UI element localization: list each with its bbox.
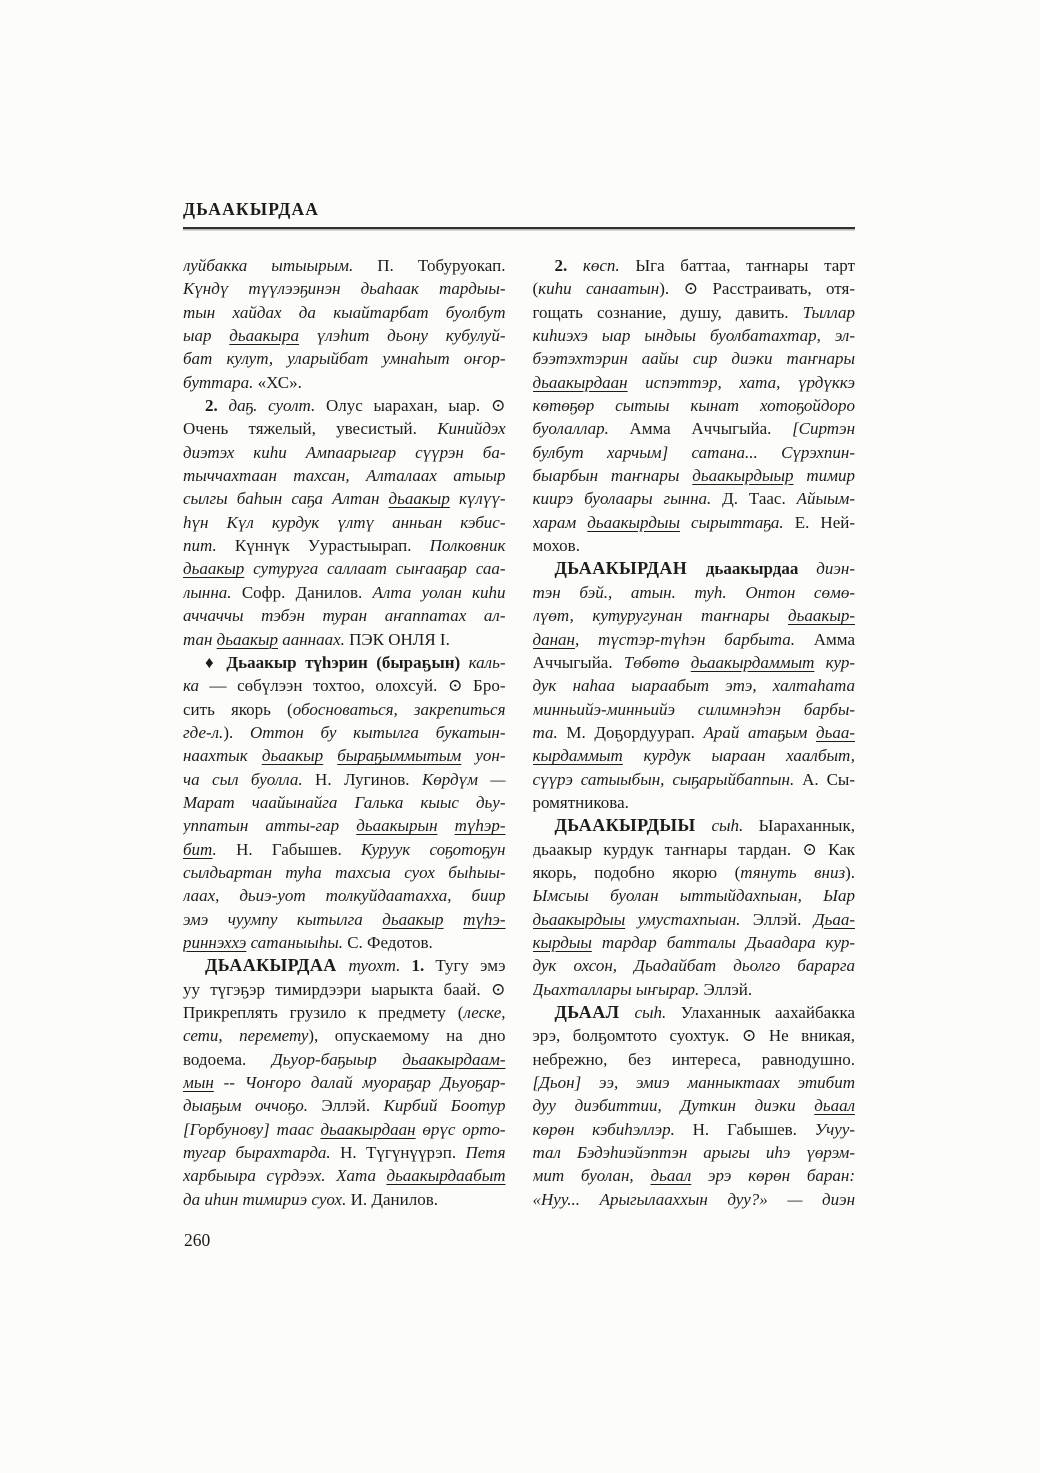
text-line: сылдьартан туһа тахсыа суох быһыы-	[183, 861, 506, 884]
headword: ДЬААЛ	[555, 1002, 635, 1022]
text-segment: «ХС».	[258, 373, 302, 392]
text-line: луйбакка ытыырым. П. Тобуруокап.	[183, 254, 506, 277]
text-segment: умустахпыан.	[625, 910, 753, 929]
paragraph: ДЬААЛ сыһ. Улаханнык аахайбаккаэрэ, болҕ…	[533, 1001, 856, 1211]
left-column: луйбакка ытыырым. П. Тобуруокап.Күндү тү…	[183, 254, 506, 1211]
text-segment: дьаакыр	[262, 746, 323, 765]
text-line: аччаччы тэбэн туран аҥаппатах ал-	[183, 604, 506, 627]
text-line: тыччахтаан тахсан, Алталаах атыыр	[183, 464, 506, 487]
text-line: кырдаммыт курдук ыараан хаалбыт,	[533, 744, 856, 767]
text-segment	[323, 746, 337, 765]
text-line: тын хайдах да кыайтарбат буолбут	[183, 301, 506, 324]
text-line: Аччыгыйа. Төбөтө дьаакырдаммыт кур-	[533, 651, 856, 674]
text-segment: Эллэй.	[703, 980, 752, 999]
text-line: ДЬААКЫРДЫЫ сыһ. Ыараханнык,	[533, 814, 856, 837]
text-line: сети, перемету), опускаемому на дно	[183, 1024, 506, 1047]
text-segment: Аччыгыйа.	[533, 653, 624, 672]
text-line: лаах, дьиэ-уот толкуйдаатахха, биир	[183, 884, 506, 907]
paragraph: 2. көсп. Ыга баттаа, таҥнары тарт(киһи с…	[533, 254, 856, 557]
text-segment: Улаханнык аахайбакка	[681, 1003, 855, 1022]
text-segment: дьаакырдыыр	[692, 466, 793, 485]
paragraph: ДЬААКЫРДАА туохт. 1. Тугу эмэуу түгэҕэр …	[183, 954, 506, 1211]
text-segment: уон-	[461, 746, 505, 765]
text-segment: көсп.	[583, 256, 635, 275]
text-segment: ).	[659, 279, 683, 298]
text-line: булбут харчым] сатана... Сүрэхпин-	[533, 441, 856, 464]
translation-marker-icon: ⊙	[802, 839, 817, 859]
text-segment: сыһ.	[635, 1003, 681, 1022]
text-segment: тимир	[794, 466, 856, 485]
text-segment: Н. Түгүнүүрэп.	[340, 1143, 465, 1162]
text-segment: тянуть вниз	[740, 863, 845, 882]
text-line: дук наһаа ыараабыт этэ, халтаһата	[533, 674, 856, 697]
text-segment: Дьаакыр түһэрин (быраҕын)	[226, 653, 468, 672]
text-segment: дьаакыр	[389, 489, 450, 508]
text-segment: .	[213, 840, 237, 859]
text-segment: Н. Лугинов.	[315, 770, 422, 789]
text-segment: якорь, подобно якорю (	[533, 863, 741, 882]
text-segment: луйбакка ытыырым.	[183, 256, 377, 275]
text-segment: наахтык	[183, 746, 262, 765]
text-segment: Амма Аччыгыйа.	[629, 419, 792, 438]
text-segment: Расстраивать, отя-	[698, 279, 855, 298]
text-segment	[444, 910, 464, 929]
text-segment: Күндү түүлээҕинэн дьаһаак тардыы-	[183, 279, 506, 298]
text-segment: дьаакырдаам-	[402, 1050, 505, 1069]
text-segment: дьаакырын	[356, 816, 437, 835]
text-line: пит. Күннүк Уурастыырап. Полковник	[183, 534, 506, 557]
text-segment: — сөбүлээн тохтоо, олохсуй.	[199, 676, 448, 695]
text-segment: сутуруга саллаат сыҥааҕар саа-	[244, 559, 505, 578]
text-segment: мын	[183, 1073, 214, 1092]
text-segment: туохт.	[349, 956, 412, 975]
text-line: харам дьаакырдыы сырыттаҕа. Е. Ней-	[533, 511, 856, 534]
text-line: буттара. «ХС».	[183, 371, 506, 394]
text-line: ча сыл буолла. Н. Лугинов. Көрдүм —	[183, 768, 506, 791]
text-segment: , түстэр-түһэн барбыта.	[575, 630, 814, 649]
text-segment: ча сыл буолла.	[183, 770, 315, 789]
text-line: дуу диэбиттии, Дуткин диэки дьаал	[533, 1094, 856, 1117]
text-segment: киһи санаатын	[538, 279, 659, 298]
text-segment: небрежно, без интереса, равнодушно.	[533, 1050, 856, 1069]
text-segment: гощать сознание, душу, давить.	[533, 303, 803, 322]
text-segment: ыар	[183, 326, 229, 345]
text-segment: Софр. Данилов.	[242, 583, 373, 602]
text-segment: көтөҕөр сытыы кынат хотоҕойдоро	[533, 396, 856, 415]
text-segment: ааннаах.	[278, 630, 349, 649]
text-segment: дьаакырдаан	[320, 1120, 415, 1139]
text-segment: Ыараханнык,	[759, 816, 855, 835]
text-segment	[438, 816, 455, 835]
paragraph: ДЬААКЫРДАН дьаакырдаа диэн-тэн бэй., аты…	[533, 557, 856, 814]
text-segment: дьаакыр-	[788, 606, 855, 625]
text-segment: быраҕыммытым	[337, 746, 461, 765]
text-segment: дьаа-	[816, 723, 855, 742]
text-segment: кырдыы	[533, 933, 592, 952]
text-segment: тардар батталы Дьаадара кур-	[592, 933, 855, 952]
idiom-marker-icon: ♦	[205, 653, 226, 672]
text-line: гощать сознание, душу, давить. Тыллар	[533, 301, 856, 324]
text-segment: испэттэр, хата, үрдүккэ	[628, 373, 855, 392]
text-line: сүүрэ сатыыбын, сыҕарыйбаппын. А. Сы-	[533, 768, 856, 791]
text-line: ДЬААКЫРДАН дьаакырдаа диэн-	[533, 557, 856, 580]
text-segment: водоема.	[183, 1050, 272, 1069]
text-line: Прикреплять грузило к предмету (леске,	[183, 1001, 506, 1024]
text-line: минньийэ-минньийэ силимнэһэн барбы-	[533, 698, 856, 721]
text-line: дьаакырдыы умустахпыан. Эллэй. Дьаа-	[533, 908, 856, 931]
text-line: бээтэхтэрин аайы сир диэки таҥнары	[533, 347, 856, 370]
text-segment: көрөн кэбиһэллэр.	[533, 1120, 693, 1139]
text-segment: минньийэ-минньийэ силимнэһэн барбы-	[533, 700, 856, 719]
text-segment: 2.	[205, 396, 228, 415]
text-line: харбыыра сүрдээх. Хата дьаакырдаабыт	[183, 1164, 506, 1187]
text-segment: Тыллар	[803, 303, 855, 322]
text-segment: Учуу-	[815, 1120, 855, 1139]
text-segment: бат кулут, уларыйбат умнаһыт оҥор-	[183, 349, 506, 368]
text-segment: тал Бэдэһиэйэптэн арыгы иһэ үөрэм-	[533, 1143, 856, 1162]
text-segment: тугар бырахтарда.	[183, 1143, 340, 1162]
text-line: водоема. Дьуор-баҕыыр дьаакырдаам-	[183, 1048, 506, 1071]
text-segment: бээтэхтэрин аайы сир диэки таҥнары	[533, 349, 856, 368]
text-segment: данан	[533, 630, 575, 649]
text-segment: Дьуор-баҕыыр	[272, 1050, 402, 1069]
text-segment: түһэ-	[463, 910, 505, 929]
text-line: мит буолан, дьаал эрэ көрөн баран:	[533, 1164, 856, 1187]
text-line: сить якорь (обосноваться, закрепиться	[183, 698, 506, 721]
text-segment: П. Тобуруокап.	[377, 256, 505, 275]
text-segment: кур-	[814, 653, 855, 672]
text-segment: Оттон бу кытылга букатын-	[250, 723, 506, 742]
text-segment: күлүү-	[450, 489, 506, 508]
text-line: 2. даҕ. суолт. Олус ыарахан, ыар. ⊙	[183, 394, 506, 417]
text-segment: сыһ.	[712, 816, 759, 835]
text-segment: Олус ыарахан, ыар.	[326, 396, 491, 415]
text-line: көтөҕөр сытыы кынат хотоҕойдоро	[533, 394, 856, 417]
text-segment: сылгы баһын саҕа Алтан	[183, 489, 389, 508]
text-segment: түһэр-	[455, 816, 506, 835]
text-segment: Не вникая,	[756, 1026, 855, 1045]
text-segment: дьаал	[814, 1096, 855, 1115]
text-segment: тан	[183, 630, 217, 649]
text-segment: Марат чаайынайга Галька кыыс дьу-	[183, 793, 506, 812]
text-line: тал Бэдэһиэйэптэн арыгы иһэ үөрэм-	[533, 1141, 856, 1164]
text-segment: И. Данилов.	[351, 1190, 438, 1209]
text-segment: ).	[223, 723, 250, 742]
text-segment: ), опускаемому на дно	[308, 1026, 505, 1045]
text-line: диэтэх киһи Ампаарыгар сүүрэн ба-	[183, 441, 506, 464]
text-line: дьаакыр сутуруга саллаат сыҥааҕар саа-	[183, 557, 506, 580]
text-line: дьаакырдаан испэттэр, хата, үрдүккэ	[533, 371, 856, 394]
text-segment: буолаллар.	[533, 419, 630, 438]
text-line: [Дьон] ээ, эмиэ манныктаах этибит	[533, 1071, 856, 1094]
text-segment: тэн бэй., атын. туһ. Онтон сөмө-	[533, 583, 856, 602]
text-segment: М. Доҕордуурап.	[566, 723, 703, 742]
text-segment: [Горбунову] таас	[183, 1120, 320, 1139]
text-segment: дьаакырдаабыт	[386, 1166, 505, 1185]
text-line: [Горбунову] таас дьаакырдаан өрүс орто-	[183, 1118, 506, 1141]
text-segment: булбут харчым] сатана... Сүрэхпин-	[533, 443, 856, 462]
text-segment: пит.	[183, 536, 235, 555]
text-segment: Очень тяжелый, увесистый.	[183, 419, 437, 438]
text-segment: дьаакыра	[229, 326, 299, 345]
headword: ДЬААКЫРДАА	[205, 955, 349, 975]
text-line: Марат чаайынайга Галька кыыс дьу-	[183, 791, 506, 814]
text-line: эмэ чуумпу кытылга дьаакыр түһэ-	[183, 908, 506, 931]
text-segment: дук охсон, Дьадайбат дьолго барарга	[533, 956, 856, 975]
text-segment: Көрдүм —	[422, 770, 506, 789]
text-segment: дьаакырдаммыт	[691, 653, 815, 672]
text-line: Дьахталлары ыҥырар. Эллэй.	[533, 978, 856, 1001]
text-segment: сатаныыһы.	[246, 933, 347, 952]
text-line: тан дьаакыр ааннаах. ПЭК ОНЛЯ I.	[183, 628, 506, 651]
text-segment: Алта уолан киһи	[373, 583, 506, 602]
text-line: Ымсыы буолан ыттыйдахпыан, Ыар	[533, 884, 856, 907]
text-segment: Полковник	[430, 536, 506, 555]
text-segment: где-л.	[183, 723, 223, 742]
text-segment: Төбөтө	[624, 653, 691, 672]
text-segment: мит буолан,	[533, 1166, 651, 1185]
headword: ДЬААКЫРДЫЫ	[555, 815, 712, 835]
text-line: ромятникова.	[533, 791, 856, 814]
text-segment: һүн Күл курдук үлтү анньан кэбис-	[183, 513, 506, 532]
text-segment: харам	[533, 513, 588, 532]
text-segment: С. Федотов.	[347, 933, 433, 952]
text-segment: Арай атаҕым	[703, 723, 816, 742]
text-segment: Эллэй.	[321, 1096, 383, 1115]
text-line: наахтык дьаакыр быраҕыммытым уон-	[183, 744, 506, 767]
text-segment: диэн-	[816, 559, 855, 578]
text-segment: леске,	[463, 1003, 505, 1022]
text-line: эрэ, болҕомтото суохтук. ⊙ Не вникая,	[533, 1024, 856, 1047]
text-segment: дьаакыр	[217, 630, 278, 649]
running-head: ДЬААКЫРДАА	[183, 199, 855, 219]
text-segment: сүүрэ сатыыбын, сыҕарыйбаппын.	[533, 770, 803, 789]
text-segment: курдук ыараан хаалбыт,	[623, 746, 855, 765]
paragraph: луйбакка ытыырым. П. Тобуруокап.Күндү тү…	[183, 254, 506, 394]
text-segment: сети, перемету	[183, 1026, 308, 1045]
text-segment: эмэ чуумпу кытылга	[183, 910, 382, 929]
text-line: сылгы баһын саҕа Алтан дьаакыр күлүү-	[183, 487, 506, 510]
text-line: риннэххэ сатаныыһы. С. Федотов.	[183, 931, 506, 954]
text-segment: сылдьартан туһа тахсыа суох быһыы-	[183, 863, 506, 882]
dictionary-page: ДЬААКЫРДАА луйбакка ытыырым. П. Тобуруок…	[0, 0, 1040, 1473]
text-line: та. М. Доҕордуурап. Арай атаҕым дьаа-	[533, 721, 856, 744]
text-segment: сить якорь (	[183, 700, 293, 719]
text-line: быарбын таҥнары дьаакырдыыр тимир	[533, 464, 856, 487]
text-line: мын -- Чоҥоро далай муораҕар Дьуоҕар-	[183, 1071, 506, 1094]
text-segment: дьаакырдыы	[533, 910, 626, 929]
text-line: ДЬААЛ сыһ. Улаханнык аахайбакка	[533, 1001, 856, 1024]
translation-marker-icon: ⊙	[491, 979, 506, 999]
text-line: кырдыы тардар батталы Дьаадара кур-	[533, 931, 856, 954]
text-segment: дьаакырдыы	[587, 513, 680, 532]
text-segment: эрэ, болҕомтото суохтук.	[533, 1026, 742, 1045]
text-line: ка — сөбүлээн тохтоо, олохсуй. ⊙ Бро-	[183, 674, 506, 697]
text-segment: обосноваться, закрепиться	[293, 700, 506, 719]
text-segment: дьаакырдаа	[706, 559, 816, 578]
text-segment: да иһин тимириэ суох.	[183, 1190, 351, 1209]
text-line: лынна. Софр. Данилов. Алта уолан киһи	[183, 581, 506, 604]
text-segment: лынна.	[183, 583, 242, 602]
right-column: 2. көсп. Ыга баттаа, таҥнары тарт(киһи с…	[533, 254, 856, 1211]
text-segment: Амма	[814, 630, 855, 649]
text-segment: ка	[183, 676, 199, 695]
text-segment: Тугу эмэ	[435, 956, 505, 975]
text-segment: Как	[817, 840, 855, 859]
translation-marker-icon: ⊙	[448, 675, 463, 695]
text-segment: диэтэх киһи Ампаарыгар сүүрэн ба-	[183, 443, 506, 462]
text-line: көрөн кэбиһэллэр. Н. Габышев. Учуу-	[533, 1118, 856, 1141]
header-rule	[183, 227, 855, 229]
text-line: тугар бырахтарда. Н. Түгүнүүрэп. Петя	[183, 1141, 506, 1164]
text-segment: кырдаммыт	[533, 746, 623, 765]
paragraph: 2. даҕ. суолт. Олус ыарахан, ыар. ⊙Очень…	[183, 394, 506, 651]
text-line: Очень тяжелый, увесистый. Кинийдэх	[183, 417, 506, 440]
text-segment: бит	[183, 840, 213, 859]
text-line: ыар дьаакыра үлэһит дьону кубулуй-	[183, 324, 506, 347]
text-line: небрежно, без интереса, равнодушно.	[533, 1048, 856, 1071]
text-segment: Айыым-	[797, 489, 855, 508]
text-segment: тыччахтаан тахсан, Алталаах атыыр	[183, 466, 506, 485]
text-segment: [Сиртэн	[792, 419, 855, 438]
text-segment: Е. Ней-	[795, 513, 855, 532]
text-line: бит. Н. Габышев. Куруук соҕотоҕун	[183, 838, 506, 861]
text-segment: киһиэхэ ыар ындыы буолбатахтар, эл-	[533, 326, 856, 345]
text-segment: лүөт, кутуругунан таҥнары	[533, 606, 789, 625]
text-segment: мохов.	[533, 536, 580, 555]
text-line: (киһи санаатын). ⊙ Расстраивать, отя-	[533, 277, 856, 300]
text-line: мохов.	[533, 534, 856, 557]
text-segment: 2.	[555, 256, 583, 275]
text-line: тэн бэй., атын. туһ. Онтон сөмө-	[533, 581, 856, 604]
text-segment: дуу диэбиттии, Дуткин диэки	[533, 1096, 815, 1115]
text-segment: «Нуу... Арыгылааххын дуу?» — диэн	[533, 1190, 856, 1209]
text-segment: ПЭК ОНЛЯ I.	[349, 630, 450, 649]
text-line: ♦ Дьаакыр түһэрин (быраҕын) каль-	[183, 651, 506, 674]
text-segment: дук наһаа ыараабыт этэ, халтаһата	[533, 676, 856, 695]
text-segment: Кинийдэх	[437, 419, 505, 438]
text-line: ДЬААКЫРДАА туохт. 1. Тугу эмэ	[183, 954, 506, 977]
text-segment: киирэ буолаары гынна.	[533, 489, 723, 508]
translation-marker-icon: ⊙	[683, 278, 698, 298]
text-line: киирэ буолаары гынна. Д. Таас. Айыым-	[533, 487, 856, 510]
text-segment: Н. Габышев.	[236, 840, 361, 859]
text-segment: Бро-	[463, 676, 506, 695]
text-segment: лаах, дьиэ-уот толкуйдаатахха, биир	[183, 886, 506, 905]
text-line: һүн Күл курдук үлтү анньан кэбис-	[183, 511, 506, 534]
text-line: якорь, подобно якорю (тянуть вниз).	[533, 861, 856, 884]
text-line: бат кулут, уларыйбат умнаһыт оҥор-	[183, 347, 506, 370]
translation-marker-icon: ⊙	[491, 395, 506, 415]
text-segment: Дьаа-	[814, 910, 855, 929]
text-segment: тын хайдах да кыайтарбат буолбут	[183, 303, 506, 322]
text-segment: даҕ. суолт.	[228, 396, 326, 415]
text-segment: өрүс орто-	[416, 1120, 506, 1139]
text-segment: харбыыра сүрдээх. Хата	[183, 1166, 386, 1185]
text-line: уу түгэҕэр тимирдээри ыарыкта баай. ⊙	[183, 978, 506, 1001]
text-segment: Ымсыы буолан ыттыйдахпыан, Ыар	[533, 886, 856, 905]
text-segment: риннэххэ	[183, 933, 246, 952]
text-segment: Н. Габышев.	[693, 1120, 815, 1139]
text-segment: дьаал	[651, 1166, 692, 1185]
text-segment: уппатын атты-гар	[183, 816, 356, 835]
text-line: дьаакыр курдук таҥнары тардан. ⊙ Как	[533, 838, 856, 861]
text-segment: Дьахталлары ыҥырар.	[533, 980, 704, 999]
text-segment: дьаакыр	[183, 559, 244, 578]
text-line: киһиэхэ ыар ындыы буолбатахтар, эл-	[533, 324, 856, 347]
text-segment: 1.	[412, 956, 436, 975]
text-segment: Прикреплять грузило к предмету (	[183, 1003, 463, 1022]
text-line: уппатын атты-гар дьаакырын түһэр-	[183, 814, 506, 837]
text-segment: -- Чоҥоро далай муораҕар Дьуоҕар-	[214, 1073, 506, 1092]
text-segment: дыаҕым оччоҕо.	[183, 1096, 321, 1115]
text-segment: [Дьон] ээ, эмиэ манныктаах этибит	[533, 1073, 856, 1092]
text-columns: луйбакка ытыырым. П. Тобуруокап.Күндү тү…	[183, 254, 855, 1211]
text-segment: А. Сы-	[802, 770, 855, 789]
text-segment: үлэһит дьону кубулуй-	[299, 326, 505, 345]
text-line: 2. көсп. Ыга баттаа, таҥнары тарт	[533, 254, 856, 277]
text-segment: буттара.	[183, 373, 258, 392]
text-line: буолаллар. Амма Аччыгыйа. [Сиртэн	[533, 417, 856, 440]
paragraph: ДЬААКЫРДЫЫ сыһ. Ыараханнык,дьаакыр курду…	[533, 814, 856, 1001]
text-line: где-л.). Оттон бу кытылга букатын-	[183, 721, 506, 744]
headword: ДЬААКЫРДАН	[555, 558, 706, 578]
text-segment: Петя	[466, 1143, 506, 1162]
text-segment: ромятникова.	[533, 793, 629, 812]
text-line: Күндү түүлээҕинэн дьаһаак тардыы-	[183, 277, 506, 300]
text-line: дыаҕым оччоҕо. Эллэй. Кирбий Боотур	[183, 1094, 506, 1117]
text-segment: каль-	[469, 653, 506, 672]
text-segment: дьаакырдаан	[533, 373, 628, 392]
text-segment: Д. Таас.	[722, 489, 796, 508]
text-segment: Куруук соҕотоҕун	[361, 840, 505, 859]
translation-marker-icon: ⊙	[742, 1025, 757, 1045]
text-line: да иһин тимириэ суох. И. Данилов.	[183, 1188, 506, 1211]
text-line: дук охсон, Дьадайбат дьолго барарга	[533, 954, 856, 977]
text-segment: та.	[533, 723, 567, 742]
paragraph: ♦ Дьаакыр түһэрин (быраҕын) каль-ка — сө…	[183, 651, 506, 954]
text-segment: сырыттаҕа.	[680, 513, 795, 532]
text-segment: Эллэй.	[753, 910, 814, 929]
text-segment: аччаччы тэбэн туран аҥаппатах ал-	[183, 606, 506, 625]
text-segment: Ыга баттаа, таҥнары тарт	[635, 256, 855, 275]
text-line: данан, түстэр-түһэн барбыта. Амма	[533, 628, 856, 651]
text-line: «Нуу... Арыгылааххын дуу?» — диэн	[533, 1188, 856, 1211]
text-segment: Кирбий Боотур	[384, 1096, 506, 1115]
text-segment: дьаакыр	[382, 910, 443, 929]
text-segment: ).	[845, 863, 855, 882]
text-segment: Күннүк Уурастыырап.	[235, 536, 430, 555]
text-segment: уу түгэҕэр тимирдээри ыарыкта баай.	[183, 980, 491, 999]
text-segment: быарбын таҥнары	[533, 466, 693, 485]
text-segment: эрэ көрөн баран:	[691, 1166, 855, 1185]
page-content: ДЬААКЫРДАА луйбакка ытыырым. П. Тобуруок…	[183, 199, 855, 1211]
page-number: 260	[184, 1230, 210, 1251]
text-segment: дьаакыр курдук таҥнары тардан.	[533, 840, 803, 859]
text-line: лүөт, кутуругунан таҥнары дьаакыр-	[533, 604, 856, 627]
